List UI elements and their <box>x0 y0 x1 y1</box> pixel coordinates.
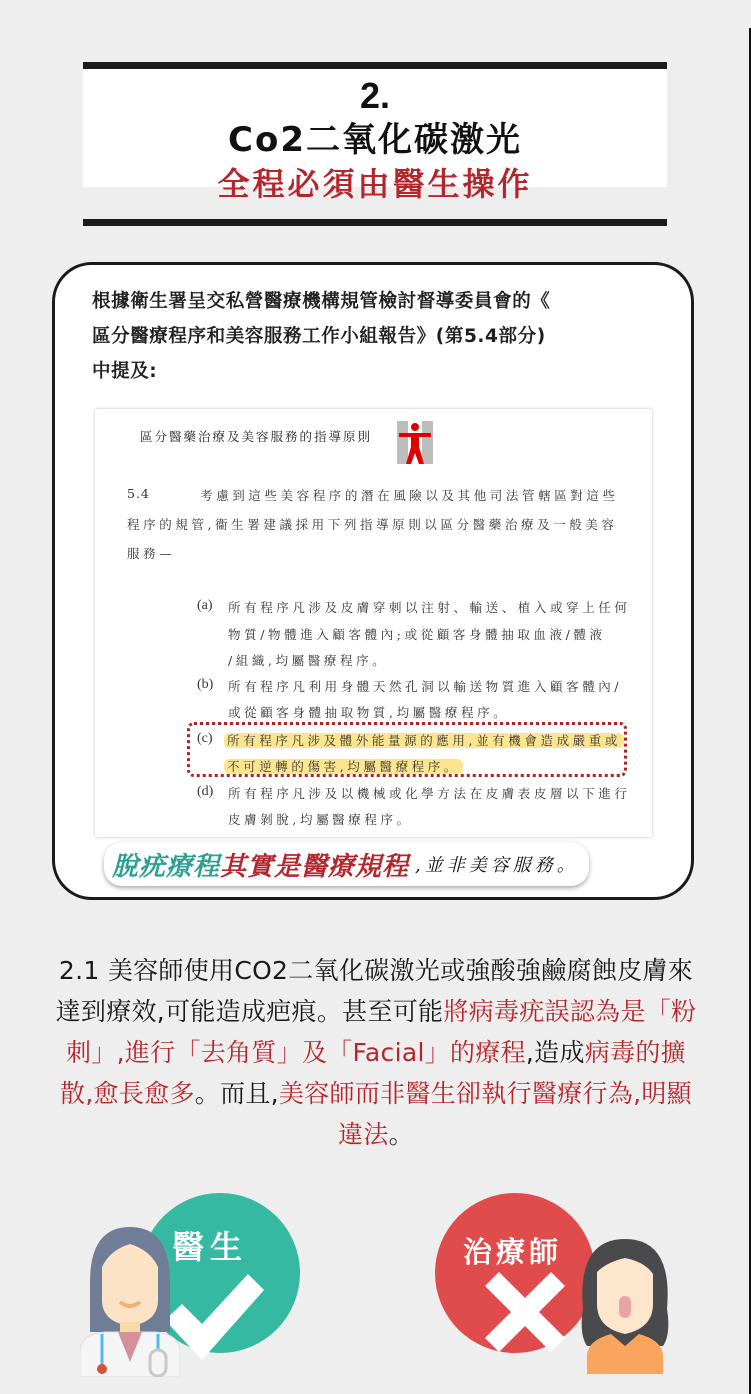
intro-line: 中提及: <box>92 354 672 389</box>
item-label: (b) <box>197 677 213 693</box>
callout-treatment: 脫疣療程 <box>112 846 220 883</box>
item-label: (a) <box>197 598 213 614</box>
doctor-avatar-icon <box>80 1222 180 1377</box>
callout-banner: 脫疣療程 其實是醫療規程 ,並非美容服務。 <box>104 842 589 886</box>
item-label: (d) <box>197 784 213 800</box>
item-line: /組織,均屬醫療程序。 <box>228 651 388 669</box>
therapist-label: 治療師 <box>463 1230 562 1271</box>
highlight-text: 不可逆轉的傷害,均屬醫療程序。 <box>224 759 463 774</box>
item-line: 皮膚剝脫,均屬醫療程序。 <box>228 810 413 828</box>
item-line: 所有程序凡利用身體天然孔洞以輸送物質進入顧客體內/ <box>228 677 622 695</box>
para-text: ,造成 <box>526 1038 585 1067</box>
section-line: 服務— <box>127 544 175 562</box>
explanation-paragraph: 2.1 美容師使用CO2二氧化碳激光或強酸強鹼腐蝕皮膚來達到療效,可能造成疤痕。… <box>52 950 700 1155</box>
section-line: 考慮到這些美容程序的潛在風險以及其他司法管轄區對這些 <box>200 486 619 504</box>
callout-not-beauty: ,並非美容服務。 <box>415 851 579 877</box>
intro-line: 根據衛生署呈交私營醫療機構規管檢討督導委員會的《 <box>92 284 672 319</box>
intro-line: 區分醫療程序和美容服務工作小組報告》(第5.4部分) <box>92 319 672 354</box>
para-text-red: 美容師而非醫生卻執行醫療行為,明顯違法 <box>279 1079 692 1149</box>
item-line: 或從顧客身體抽取物質,均屬醫療程序。 <box>228 703 509 721</box>
item-line: 所有程序凡涉及皮膚穿刺以注射、輸送、植入或穿上任何 <box>228 598 631 616</box>
section-number-label: 5.4 <box>127 486 150 501</box>
section-subtitle: 全程必須由醫生操作 <box>83 162 667 206</box>
para-text: 。而且, <box>195 1079 279 1108</box>
section-line: 程序的規管,衞生署建議採用下列指導原則以區分醫藥治療及一般美容 <box>127 515 618 533</box>
therapist-avatar-icon <box>575 1234 675 1374</box>
section-title: Co2二氧化碳激光 <box>83 118 667 162</box>
header-top-bar <box>83 62 667 69</box>
report-intro: 根據衛生署呈交私營醫療機構規管檢討督導委員會的《 區分醫療程序和美容服務工作小組… <box>92 284 672 389</box>
department-of-health-logo <box>397 421 433 464</box>
item-line-highlighted: 不可逆轉的傷害,均屬醫療程序。 <box>224 757 463 775</box>
item-label: (c) <box>197 731 213 747</box>
header-bottom-bar <box>83 219 667 226</box>
doctor-label: 醫生 <box>172 1222 248 1268</box>
highlight-text: 所有程序凡涉及體外能量源的應用,並有機會造成嚴重或 <box>224 733 624 748</box>
item-line: 所有程序凡涉及以機械或化學方法在皮膚表皮層以下進行 <box>228 784 631 802</box>
para-text: 。 <box>389 1120 414 1149</box>
item-line: 物質/物體進入顧客體內;或從顧客身體抽取血液/體液 <box>228 625 606 643</box>
callout-medical: 其實是醫療規程 <box>220 846 409 883</box>
item-line-highlighted: 所有程序凡涉及體外能量源的應用,並有機會造成嚴重或 <box>224 731 624 749</box>
excerpt-heading: 區分醫藥治療及美容服務的指導原則 <box>140 427 372 445</box>
section-number: 2. <box>83 74 667 118</box>
cross-icon <box>485 1272 565 1352</box>
